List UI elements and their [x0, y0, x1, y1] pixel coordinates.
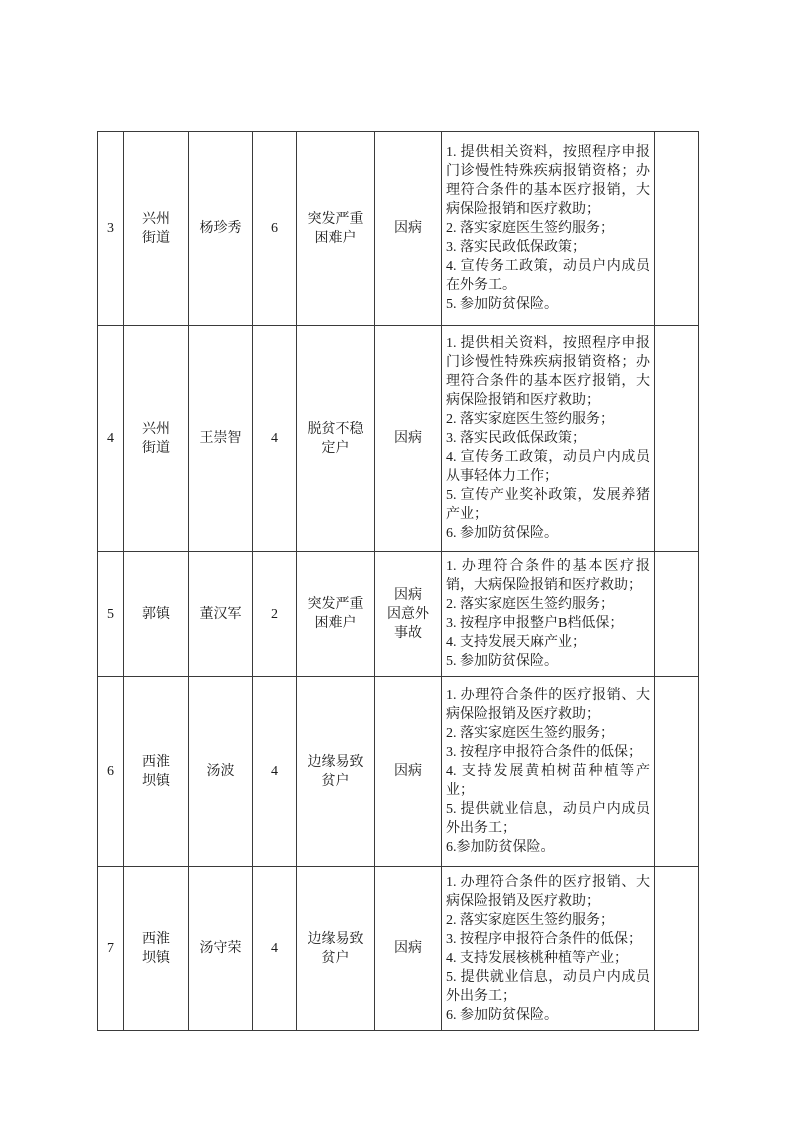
name-cell: 汤波 — [189, 677, 253, 867]
measures-cell: 1. 提供相关资料，按照程序申报门诊慢性特殊疾病报销资格；办理符合条件的基本医疗… — [442, 326, 655, 552]
cause-cell: 因病 因意外 事故 — [375, 552, 442, 677]
measures-cell: 1. 办理符合条件的医疗报销、大病保险报销及医疗救助； 2. 落实家庭医生签约服… — [442, 677, 655, 867]
document-page: { "page": { "background": "#ffffff", "bo… — [0, 0, 793, 1122]
household-count-cell: 6 — [253, 132, 297, 326]
household-count-cell: 2 — [253, 552, 297, 677]
table-row: 6 西淮 坝镇 汤波 4 边缘易致 贫户 因病 1. 办理符合条件的医疗报销、大… — [98, 677, 699, 867]
name-cell: 汤守荣 — [189, 867, 253, 1031]
table-row: 7 西淮 坝镇 汤守荣 4 边缘易致 贫户 因病 1. 办理符合条件的医疗报销、… — [98, 867, 699, 1031]
table-row: 4 兴州 街道 王崇智 4 脱贫不稳 定户 因病 1. 提供相关资料，按照程序申… — [98, 326, 699, 552]
household-count-cell: 4 — [253, 867, 297, 1031]
note-cell — [655, 552, 699, 677]
household-type-cell: 突发严重 困难户 — [297, 132, 375, 326]
cause-cell: 因病 — [375, 326, 442, 552]
measures-cell: 1. 提供相关资料，按照程序申报门诊慢性特殊疾病报销资格；办理符合条件的基本医疗… — [442, 132, 655, 326]
town-cell: 郭镇 — [124, 552, 189, 677]
town-cell: 西淮 坝镇 — [124, 677, 189, 867]
household-type-cell: 边缘易致 贫户 — [297, 677, 375, 867]
serial-cell: 6 — [98, 677, 124, 867]
household-count-cell: 4 — [253, 677, 297, 867]
household-count-cell: 4 — [253, 326, 297, 552]
name-cell: 王崇智 — [189, 326, 253, 552]
name-cell: 董汉军 — [189, 552, 253, 677]
household-type-cell: 突发严重 困难户 — [297, 552, 375, 677]
town-cell: 兴州 街道 — [124, 326, 189, 552]
serial-cell: 5 — [98, 552, 124, 677]
note-cell — [655, 677, 699, 867]
note-cell — [655, 867, 699, 1031]
assistance-measures-table: 3 兴州 街道 杨珍秀 6 突发严重 困难户 因病 1. 提供相关资料，按照程序… — [97, 131, 699, 1031]
cause-cell: 因病 — [375, 867, 442, 1031]
serial-cell: 7 — [98, 867, 124, 1031]
measures-cell: 1. 办理符合条件的基本医疗报销，大病保险报销和医疗救助； 2. 落实家庭医生签… — [442, 552, 655, 677]
town-cell: 西淮 坝镇 — [124, 867, 189, 1031]
table-row: 5 郭镇 董汉军 2 突发严重 困难户 因病 因意外 事故 1. 办理符合条件的… — [98, 552, 699, 677]
household-type-cell: 边缘易致 贫户 — [297, 867, 375, 1031]
table-row: 3 兴州 街道 杨珍秀 6 突发严重 困难户 因病 1. 提供相关资料，按照程序… — [98, 132, 699, 326]
serial-cell: 4 — [98, 326, 124, 552]
household-type-cell: 脱贫不稳 定户 — [297, 326, 375, 552]
measures-cell: 1. 办理符合条件的医疗报销、大病保险报销及医疗救助； 2. 落实家庭医生签约服… — [442, 867, 655, 1031]
town-cell: 兴州 街道 — [124, 132, 189, 326]
cause-cell: 因病 — [375, 677, 442, 867]
cause-cell: 因病 — [375, 132, 442, 326]
note-cell — [655, 326, 699, 552]
note-cell — [655, 132, 699, 326]
serial-cell: 3 — [98, 132, 124, 326]
name-cell: 杨珍秀 — [189, 132, 253, 326]
